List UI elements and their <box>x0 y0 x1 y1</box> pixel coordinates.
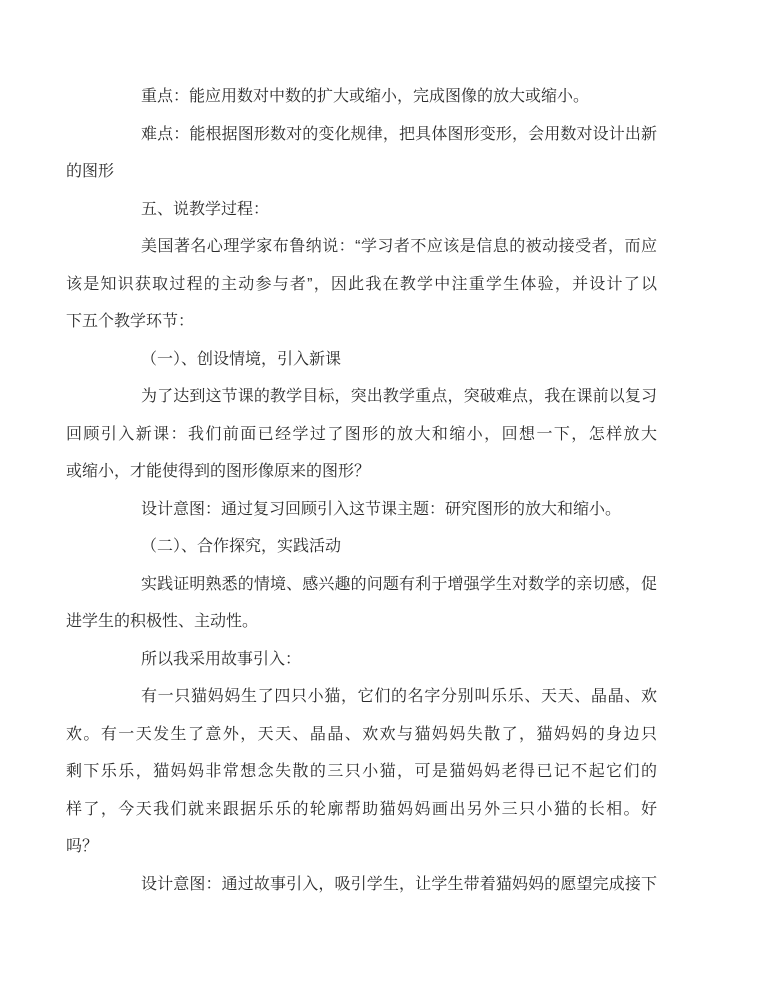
text-line: 样了，今天我们就来跟据乐乐的轮廓帮助猫妈妈画出另外三只小猫的长相。好 <box>66 791 657 829</box>
text-line: （二）、合作探究，实践活动 <box>66 528 657 566</box>
text-line: 进学生的积极性、主动性。 <box>66 603 657 641</box>
text-line: 或缩小，才能使得到的图形像原来的图形？ <box>66 453 657 491</box>
text-line: 的图形 <box>66 153 657 191</box>
text-line: 设计意图：通过故事引入，吸引学生，让学生带着猫妈妈的愿望完成接下 <box>66 866 657 904</box>
text-line: 重点：能应用数对中数的扩大或缩小，完成图像的放大或缩小。 <box>66 78 657 116</box>
text-line: 五、说教学过程： <box>66 191 657 229</box>
text-line: （一）、创设情境，引入新课 <box>66 341 657 379</box>
text-line: 美国著名心理学家布鲁纳说：“学习者不应该是信息的被动接受者，而应 <box>66 228 657 266</box>
text-line: 所以我采用故事引入： <box>66 641 657 679</box>
text-line: 回顾引入新课：我们前面已经学过了图形的放大和缩小，回想一下，怎样放大 <box>66 416 657 454</box>
text-line: 剩下乐乐，猫妈妈非常想念失散的三只小猫，可是猫妈妈老得已记不起它们的 <box>66 753 657 791</box>
text-line: 为了达到这节课的教学目标，突出教学重点，突破难点，我在课前以复习 <box>66 378 657 416</box>
text-line: 吗？ <box>66 828 657 866</box>
text-line: 有一只猫妈妈生了四只小猫，它们的名字分别叫乐乐、天天、晶晶、欢 <box>66 678 657 716</box>
text-line: 实践证明熟悉的情境、感兴趣的问题有利于增强学生对数学的亲切感，促 <box>66 566 657 604</box>
text-line: 该是知识获取过程的主动参与者”，因此我在教学中注重学生体验，并设计了以 <box>66 266 657 304</box>
document-page: 重点：能应用数对中数的扩大或缩小，完成图像的放大或缩小。难点：能根据图形数对的变… <box>0 0 770 1000</box>
text-line: 设计意图：通过复习回顾引入这节课主题：研究图形的放大和缩小。 <box>66 491 657 529</box>
text-block: 重点：能应用数对中数的扩大或缩小，完成图像的放大或缩小。难点：能根据图形数对的变… <box>66 78 657 903</box>
text-line: 欢。有一天发生了意外，天天、晶晶、欢欢与猫妈妈失散了，猫妈妈的身边只 <box>66 716 657 754</box>
text-line: 下五个教学环节： <box>66 303 657 341</box>
text-line: 难点：能根据图形数对的变化规律，把具体图形变形，会用数对设计出新 <box>66 116 657 154</box>
